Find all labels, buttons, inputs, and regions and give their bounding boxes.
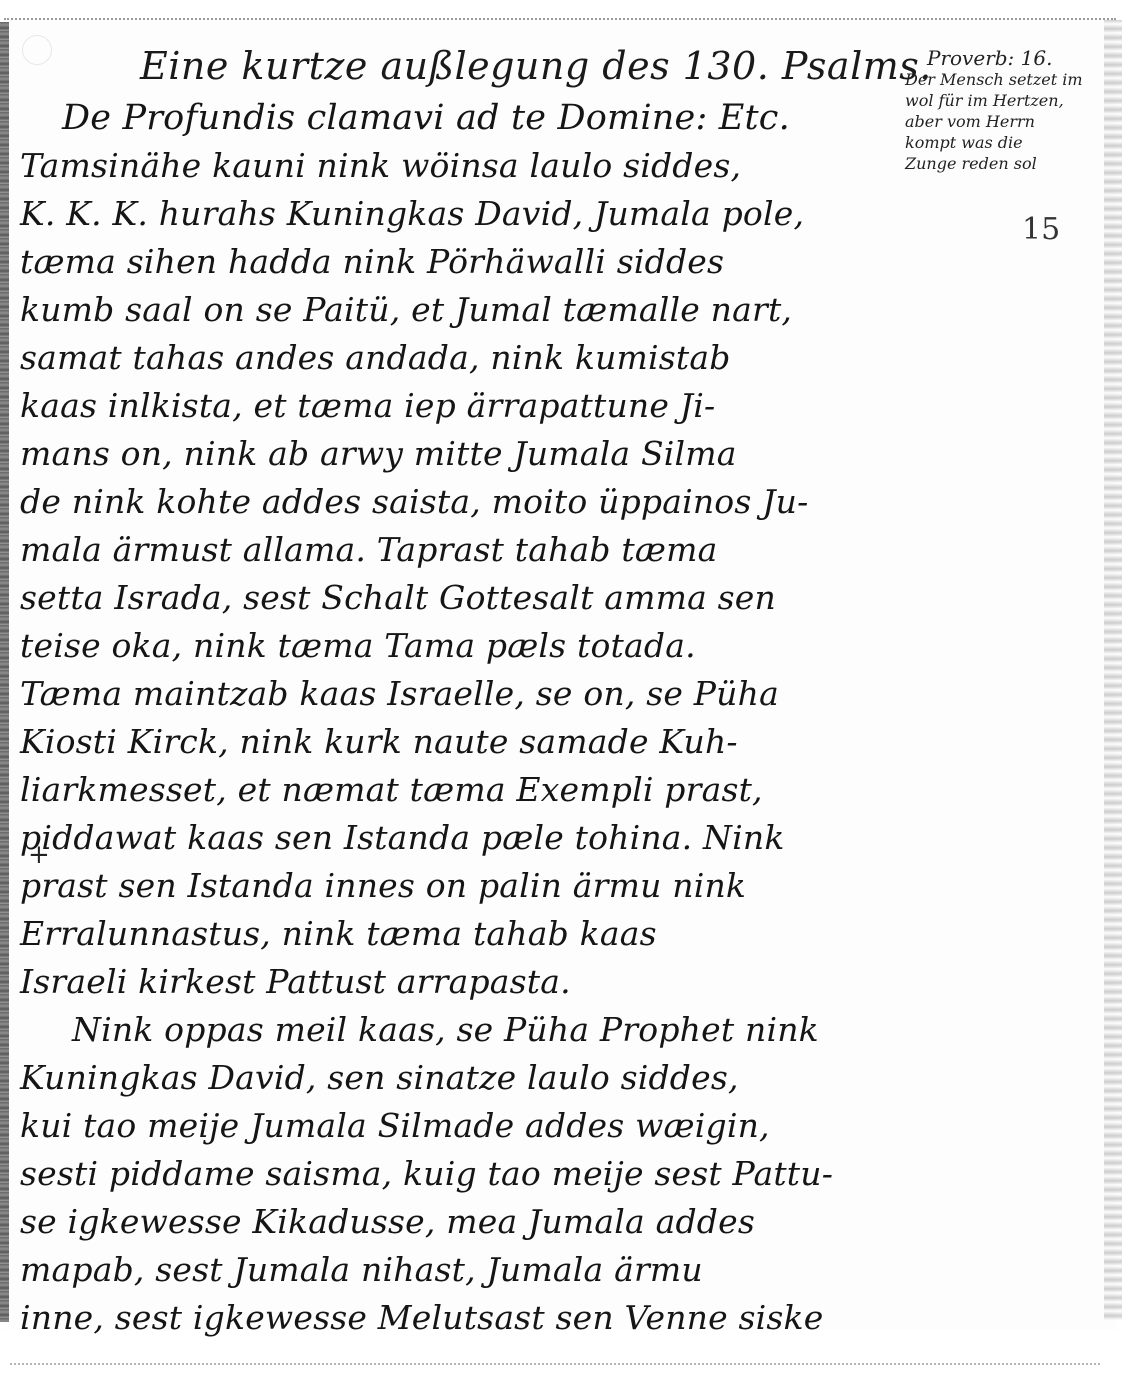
body-line: tæma sihen hadda nink Pörhäwalli siddes [20,242,724,281]
body-line: mala ärmust allama. Taprast tahab tæma [20,530,717,569]
margin-note-line: aber vom Herrn [905,111,1120,132]
body-line: liarkmesset, et næmat tæma Exempli prast… [20,770,763,809]
body-line: piddawat kaas sen Istanda pæle tohina. N… [20,818,785,857]
page-right-edge [1104,20,1122,1320]
page-binding-edge [0,22,9,1322]
body-line: de nink kohte addes saista, moito üppain… [20,482,808,521]
body-line: prast sen Istanda innes on palin ärmu ni… [20,866,746,905]
ink-smudge [22,35,52,65]
body-line: Israeli kirkest Pattust arrapasta. [20,962,571,1001]
body-line: kaas inlkista, et tæma iep ärrapattune J… [20,386,715,425]
body-line: De Profundis clamavi ad te Domine: Etc. [62,98,790,138]
page-bottom-edge [10,1360,1100,1365]
body-line: K. K. K. hurahs Kuningkas David, Jumala … [20,194,804,233]
page-number: 15 [1022,212,1060,247]
body-line: Kiosti Kirck, nink kurk naute samade Kuh… [20,722,738,761]
body-line: mans on, nink ab arwy mitte Jumala Silma [20,434,737,473]
body-line: teise oka, nink tæma Tama pæls totada. [20,626,696,665]
body-line: inne, sest igkewesse Melutsast sen Venne… [20,1298,824,1337]
body-line: se igkewesse Kikadusse, mea Jumala addes [20,1202,755,1241]
margin-note-line: Der Mensch setzet im [905,69,1120,90]
body-line: kui tao meije Jumala Silmade addes wæigi… [20,1106,770,1145]
manuscript-title: Eine kurtze außlegung des 130. Psalms. [140,44,932,88]
body-line: Nink oppas meil kaas, se Püha Prophet ni… [72,1010,819,1049]
margin-note-line: kompt was die [905,132,1120,153]
margin-note: Proverb: 16. Der Mensch setzet im wol fü… [905,48,1120,174]
body-line: Erralunnastus, nink tæma tahab kaas [20,914,657,953]
margin-note-line: Zunge reden sol [905,153,1120,174]
body-line: samat tahas andes andada, nink kumistab [20,338,731,377]
body-line: mapab, sest Jumala nihast, Jumala ärmu [20,1250,703,1289]
margin-note-heading: Proverb: 16. [905,48,1120,69]
cross-mark-annotation: + [28,840,50,870]
body-line: setta Israda, sest Schalt Gottesalt amma… [20,578,776,617]
body-line: Tæma maintzab kaas Israelle, se on, se P… [20,674,779,713]
body-line: Tamsinähe kauni nink wöinsa laulo siddes… [20,146,741,185]
body-line: Kuningkas David, sen sinatze laulo sidde… [20,1058,739,1097]
body-line: kumb saal on se Paitü, et Jumal tæmalle … [20,290,792,329]
margin-note-line: wol für im Hertzen, [905,90,1120,111]
body-line: sesti piddame saisma, kuig tao meije ses… [20,1154,833,1193]
